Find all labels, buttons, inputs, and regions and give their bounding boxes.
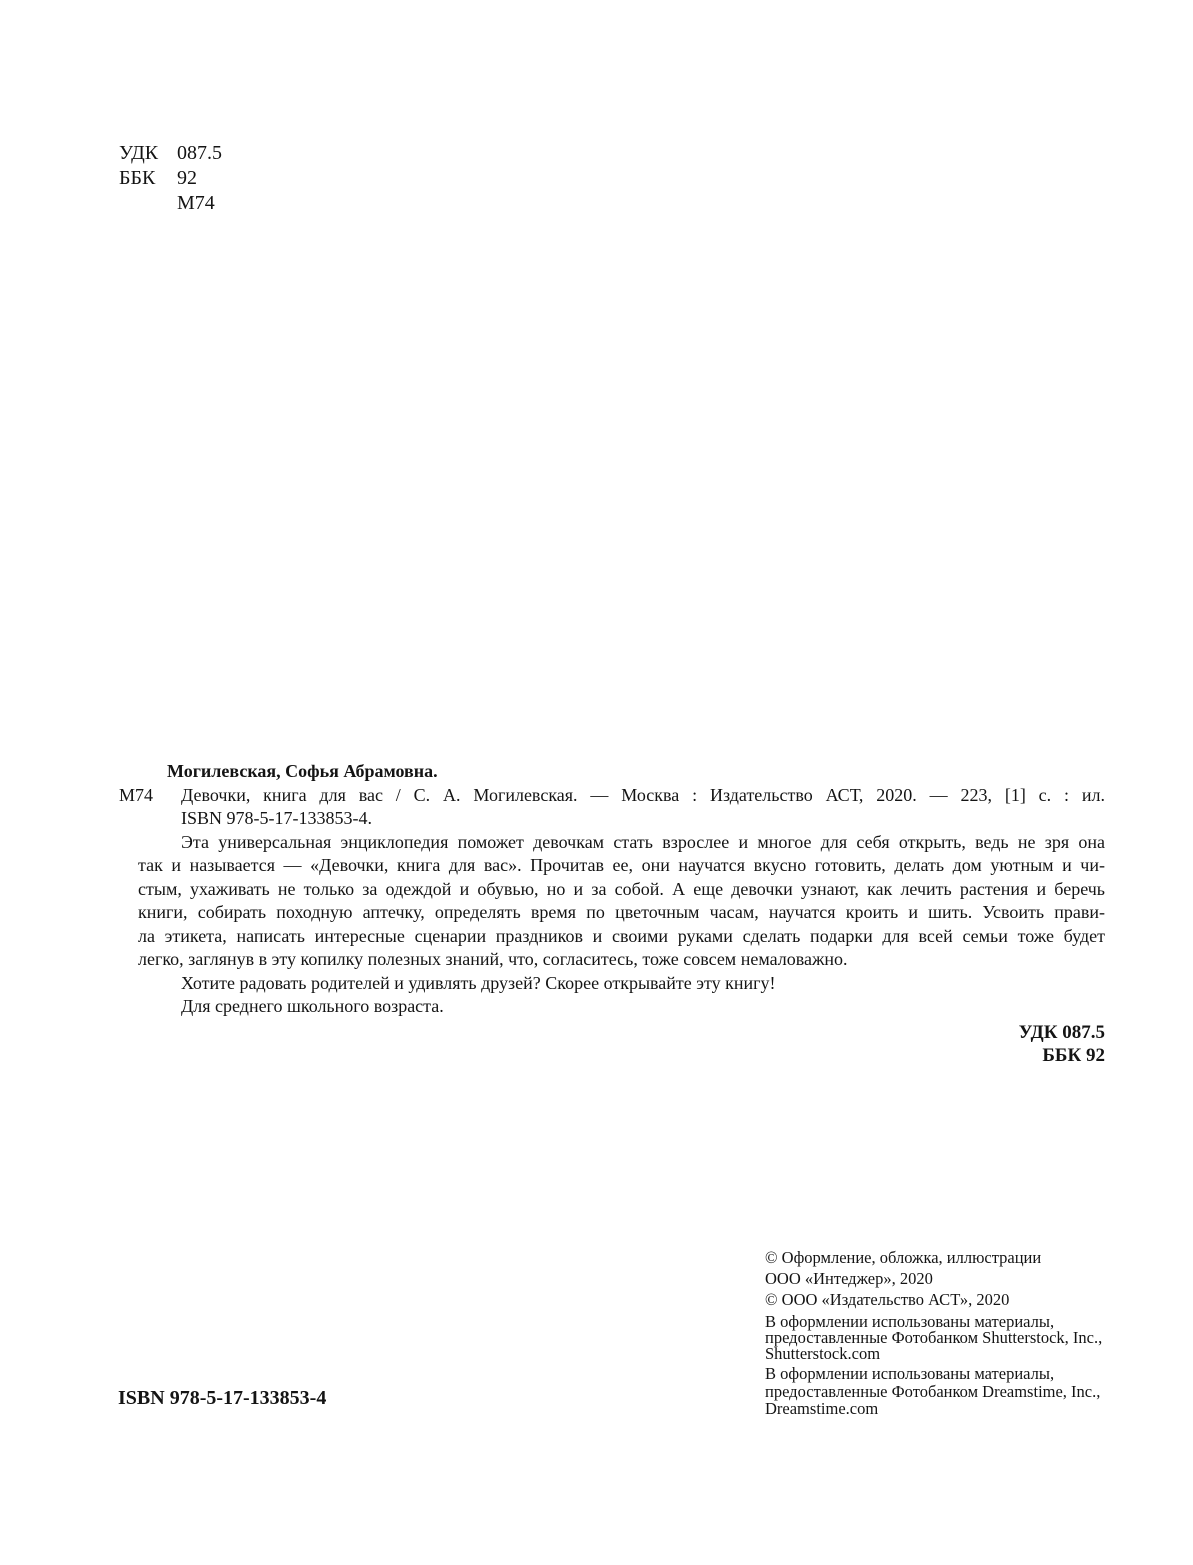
annotation-line: Эта универсальная энциклопедия поможет д… (138, 831, 1105, 855)
credit-line: © Оформление, обложка, иллюстрации (765, 1247, 1110, 1268)
catalog-card: Могилевская, Софья Абрамовна. М74 Девочк… (138, 760, 1105, 1068)
audience-line: Для среднего школьного возраста. (138, 995, 1105, 1019)
bibliographic-description: Девочки, книга для вас / С. А. Могилевск… (138, 784, 1105, 808)
design-copyright: © Оформление, обложка, иллюстрации ООО «… (765, 1247, 1110, 1289)
right-aligned-codes: УДК 087.5 ББК 92 (138, 1021, 1105, 1068)
annotation-line: стым, ухаживать не только за одеждой и о… (138, 878, 1105, 902)
udk-value: 087.5 (177, 141, 222, 166)
author-heading: Могилевская, Софья Абрамовна. (138, 760, 1105, 784)
bbk-value: 92 (177, 166, 222, 191)
udk-label: УДК (119, 141, 177, 166)
annotation-line: легко, заглянув в эту копилку полезных з… (138, 948, 1105, 972)
call-to-action-line: Хотите радовать родителей и удивлять дру… (138, 972, 1105, 996)
credit-line: предоставленные Фотобанком Dreamstime, I… (765, 1383, 1110, 1401)
classification-codes-block: УДК 087.5 ББК 92 М74 (119, 141, 222, 216)
margin-author-sign: М74 (119, 784, 153, 808)
annotation-line: ла этикета, написать интересные сценарии… (138, 925, 1105, 949)
bibliographic-row: М74 Девочки, книга для вас / С. А. Могил… (138, 784, 1105, 808)
credit-line: В оформлении использованы материалы, (765, 1365, 1110, 1383)
dreamstime-credit: В оформлении использованы материалы, пре… (765, 1365, 1110, 1418)
publisher-copyright: © ООО «Издательство АСТ», 2020 (765, 1289, 1110, 1310)
copyright-credits: © Оформление, обложка, иллюстрации ООО «… (765, 1247, 1110, 1418)
isbn-footer: ISBN 978-5-17-133853-4 (118, 1387, 326, 1410)
shutterstock-credit: В оформлении использованы материалы, пре… (765, 1314, 1110, 1362)
annotation-line: так и называется — «Девочки, книга для в… (138, 854, 1105, 878)
credit-line: © ООО «Издательство АСТ», 2020 (765, 1289, 1110, 1310)
bbk-label: ББК (119, 166, 177, 191)
empty-label (119, 191, 177, 216)
annotation-line: книги, собирать походную аптечку, опреде… (138, 901, 1105, 925)
book-imprint-page: УДК 087.5 ББК 92 М74 Могилевская, Софья … (0, 0, 1193, 1565)
udk-right: УДК 087.5 (138, 1021, 1105, 1045)
credit-line: ООО «Интеджер», 2020 (765, 1268, 1110, 1289)
isbn-line: ISBN 978-5-17-133853-4. (138, 807, 1105, 831)
credit-line: Shutterstock.com (765, 1346, 1110, 1362)
credit-line: Dreamstime.com (765, 1400, 1110, 1418)
bbk-right: ББК 92 (138, 1044, 1105, 1068)
author-sign-value: М74 (177, 191, 222, 216)
